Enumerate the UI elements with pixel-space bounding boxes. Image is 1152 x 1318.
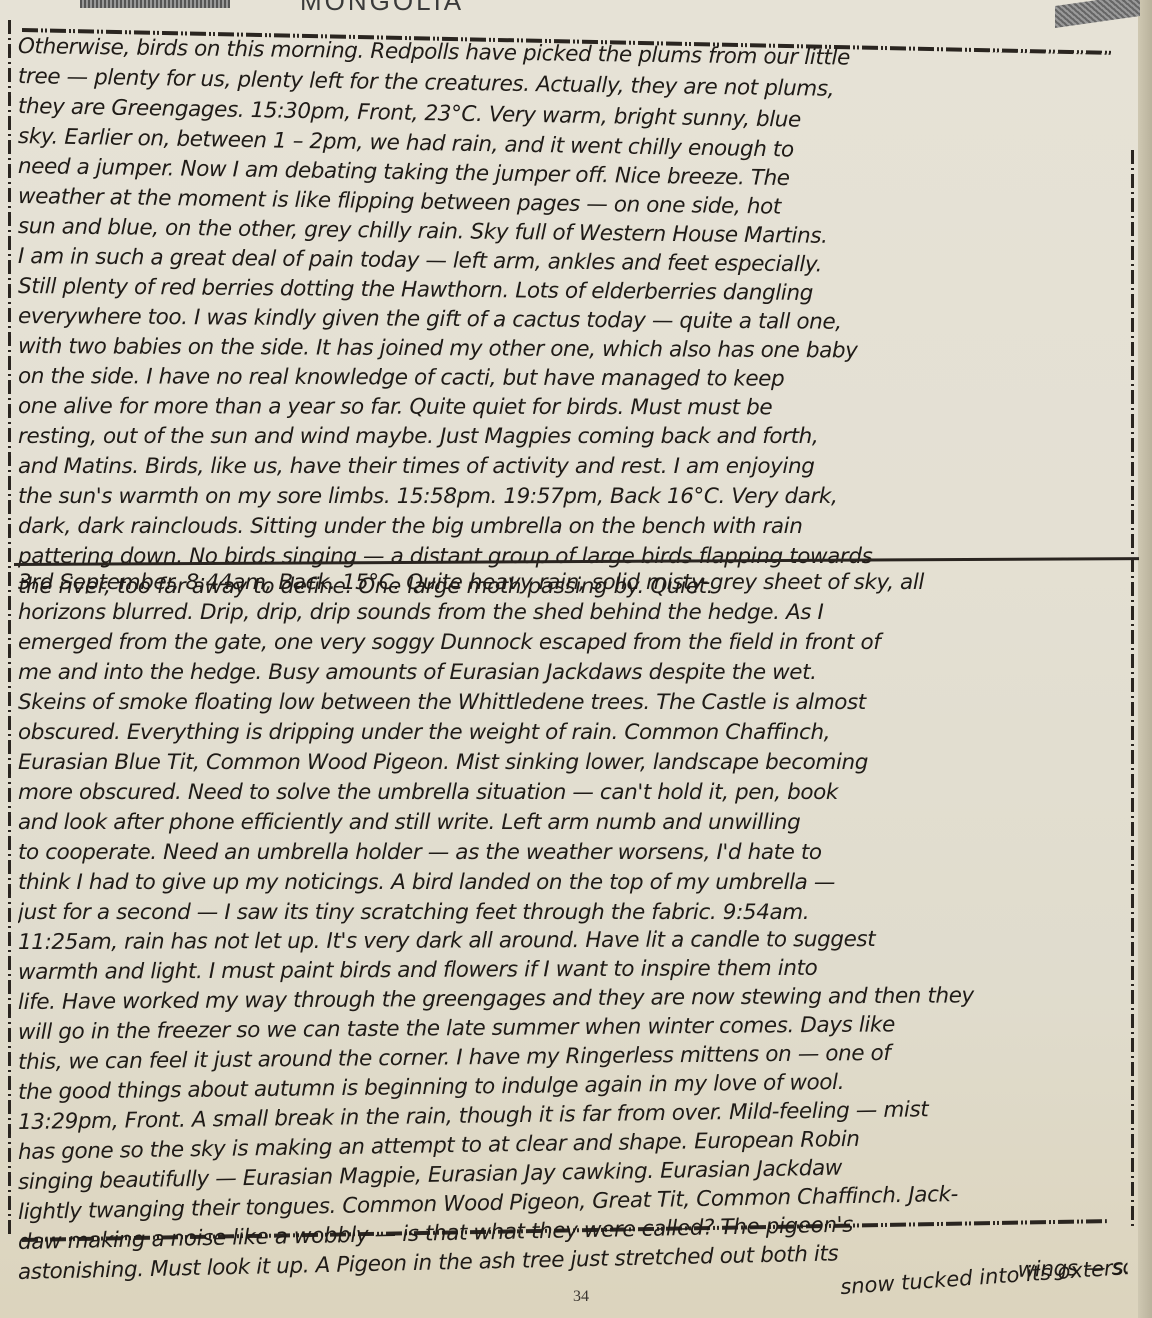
entry-line: the sun's warmth on my sore limbs. 15:58… — [18, 482, 1128, 512]
entry-line: Skeins of smoke floating low between the… — [18, 688, 1128, 718]
entry-line: resting, out of the sun and wind maybe. … — [18, 422, 1128, 452]
header-ornament-left — [80, 0, 230, 8]
entry-line: horizons blurred. Drip, drip, drip sound… — [18, 598, 1128, 628]
entry-line: think I had to give up my noticings. A b… — [18, 868, 1128, 898]
entry-line: 3rd September, 8:44am, Back. 15°C. Quite… — [18, 568, 1128, 598]
entry-line: me and into the hedge. Busy amounts of E… — [18, 658, 1128, 688]
entry-line: on the side. I have no real knowledge of… — [18, 362, 1128, 396]
entry-line: obscured. Everything is dripping under t… — [18, 718, 1128, 748]
hand-drawn-border-right — [1131, 150, 1134, 1230]
hand-drawn-border-left — [8, 20, 11, 1235]
entry-line: and look after phone efficiently and sti… — [18, 808, 1128, 838]
entry-line: one alive for more than a year so far. Q… — [18, 392, 1128, 424]
entry-line: dark, dark rainclouds. Sitting under the… — [18, 512, 1128, 542]
entry-line: and Matins. Birds, like us, have their t… — [18, 452, 1128, 482]
entry-line: more obscured. Need to solve the umbrell… — [18, 778, 1128, 808]
journal-page: MONGOLIA Otherwise, birds on this mornin… — [0, 0, 1152, 1318]
printed-header-title: MONGOLIA — [300, 0, 464, 17]
entry-line: Eurasian Blue Tit, Common Wood Pigeon. M… — [18, 748, 1128, 778]
book-gutter-edge — [1138, 0, 1152, 1318]
page-number: 34 — [573, 1288, 589, 1306]
journal-entry-3rd-september: 3rd September, 8:44am, Back. 15°C. Quite… — [18, 568, 1128, 1312]
entry-line: to cooperate. Need an umbrella holder — … — [18, 838, 1128, 868]
entry-line: emerged from the gate, one very soggy Du… — [18, 628, 1128, 658]
entry-line: just for a second — I saw its tiny scrat… — [18, 898, 1128, 928]
header-ornament-right — [1055, 0, 1140, 28]
journal-entry-first: Otherwise, birds on this morning. Redpol… — [18, 32, 1128, 602]
